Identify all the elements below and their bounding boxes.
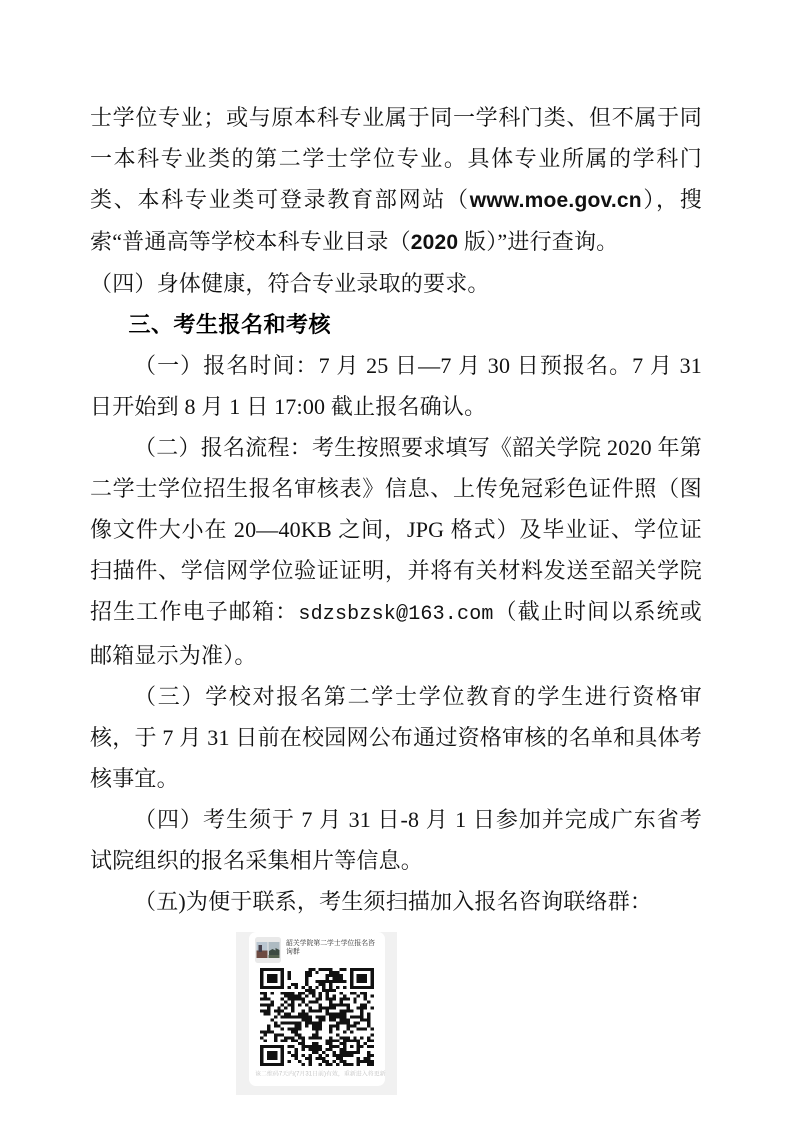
qr-share-screenshot: 韶关学院第二学士学位报名咨询群 该二维码7天内(7月31日前)有效，重新进入将更… [236, 932, 397, 1095]
registration-item-3-review: （三）学校对报名第二学士学位教育的学生进行资格审核，于 7 月 31 日前在校园… [90, 676, 702, 799]
group-name-label: 韶关学院第二学士学位报名咨询群 [286, 939, 379, 956]
catalog-year: 2020 [411, 231, 459, 254]
registration-item-2-process: （二）报名流程：考生按照要求填写《韶关学院 2020 年第二学士学位招生报名审核… [90, 427, 702, 676]
document-content: 士学位专业；或与原本科专业属于同一学科门类、但不属于同一本科专业类的第二学士学位… [90, 97, 702, 1095]
qr-card-header: 韶关学院第二学士学位报名咨询群 [255, 937, 379, 963]
group-avatar-icon [255, 937, 281, 963]
group-name-container: 韶关学院第二学士学位报名咨询群 [286, 939, 379, 963]
registration-item-1-time: （一）报名时间：7 月 25 日—7 月 30 日预报名。7 月 31 日开始到… [90, 345, 702, 427]
qr-caption-container: 该二维码7天内(7月31日前)有效，重新进入将更新 [255, 1071, 379, 1080]
registration-item-2-text-1: （二）报名流程：考生按照要求填写《韶关学院 2020 年第二学士学位招生报名审核… [90, 435, 702, 624]
qr-validity-caption: 该二维码7天内(7月31日前)有效，重新进入将更新 [255, 1071, 379, 1077]
document-page: 士学位专业；或与原本科专业属于同一学科门类、但不属于同一本科专业类的第二学士学位… [0, 0, 793, 1122]
moe-website-url: www.moe.gov.cn [470, 189, 642, 212]
registration-item-5-contact: （五)为便于联系，考生须扫描加入报名咨询联络群： [90, 881, 702, 922]
qr-group-card: 韶关学院第二学士学位报名咨询群 该二维码7天内(7月31日前)有效，重新进入将更… [249, 932, 385, 1086]
paragraph-continuation-text-3: 版）”进行查询。 [458, 229, 618, 254]
group-avatar-image [255, 937, 281, 963]
qr-code-image [260, 968, 374, 1066]
registration-item-4-photo: （四）考生须于 7 月 31 日-8 月 1 日参加并完成广东省考试院组织的报名… [90, 799, 702, 881]
admissions-email: sdzsbzsk@163.com [298, 603, 493, 626]
condition-item-4-health: （四）身体健康，符合专业录取的要求。 [90, 263, 702, 304]
paragraph-continuation: 士学位专业；或与原本科专业属于同一学科门类、但不属于同一本科专业类的第二学士学位… [90, 97, 702, 263]
section-heading-registration: 三、考生报名和考核 [90, 304, 702, 345]
